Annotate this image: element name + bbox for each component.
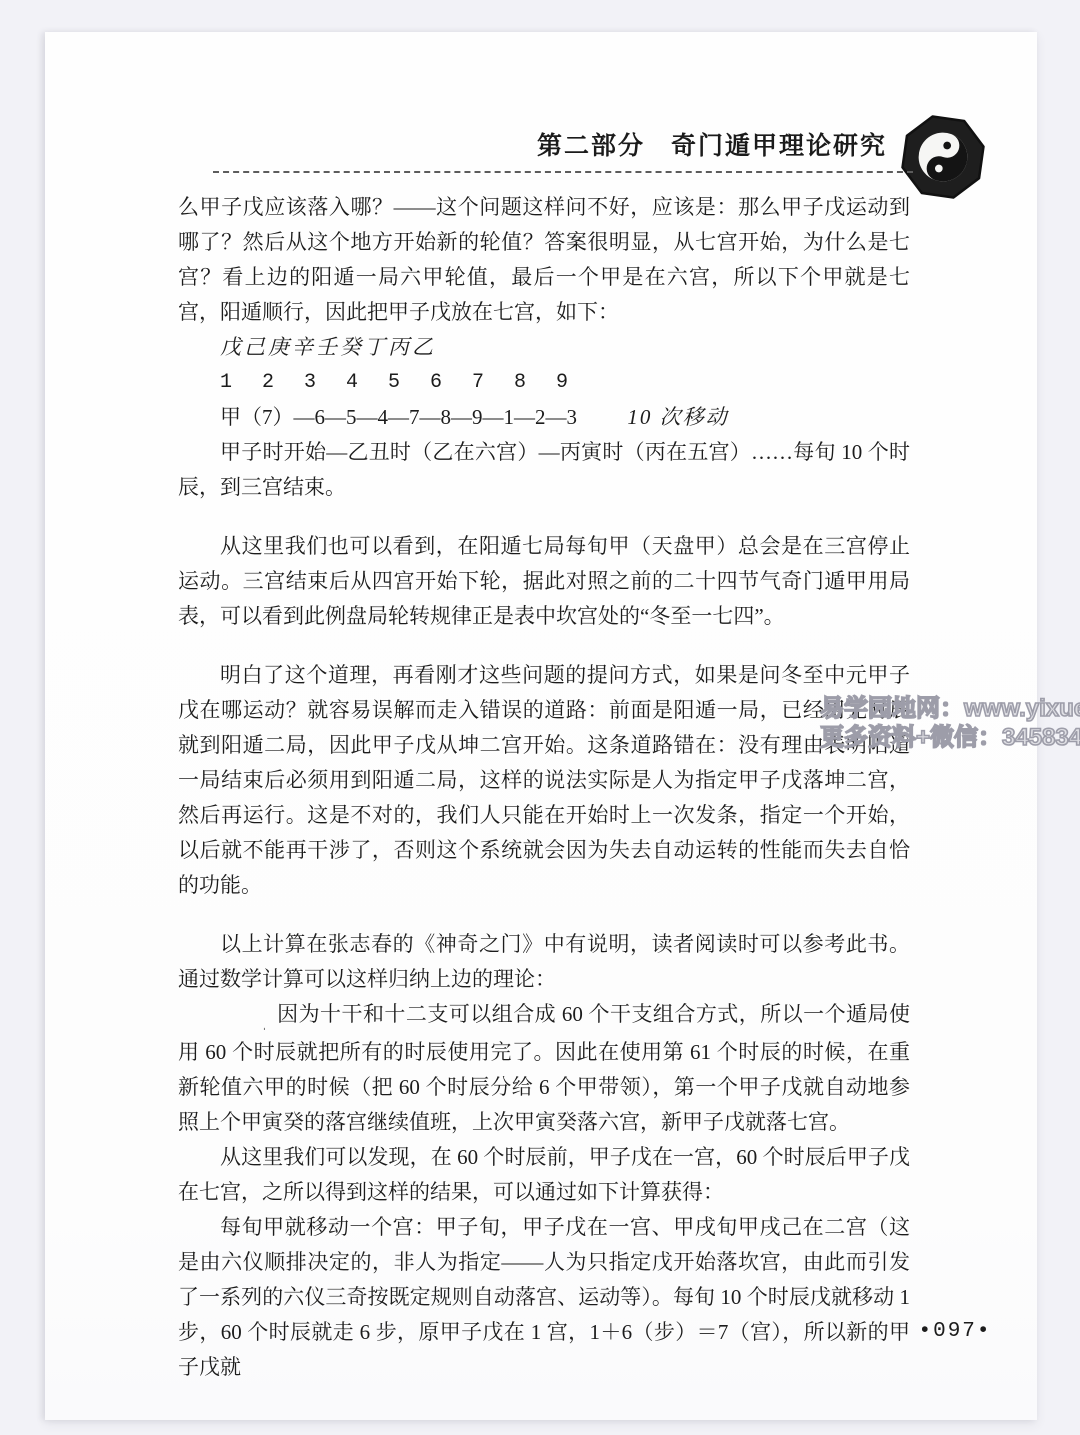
book-page: 第二部分奇门遁甲理论研究 么甲子戊应该落入哪？——这个问题这样问不好，应该是：那… [45, 32, 1037, 1420]
watermark-contact-line: 更多资料+微信：3458344044 [820, 723, 1080, 752]
palace-numbers-line: 1 2 3 4 5 6 7 8 9 [220, 365, 910, 400]
paragraph-text: 因为十干和十二支可以组合成 60 个干支组合方式，所以一个遁局使用 60 个时辰… [178, 1002, 910, 1134]
site-watermark: 易学园地网：www.yixue88.cn 更多资料+微信：3458344044 [820, 694, 1080, 752]
scan-background: 第二部分奇门遁甲理论研究 么甲子戊应该落入哪？——这个问题这样问不好，应该是：那… [0, 0, 1080, 1435]
chapter-heading: 第二部分奇门遁甲理论研究 [537, 126, 887, 188]
movement-note: 10 次移动 [627, 405, 728, 429]
stray-print-mark: ˌ [220, 1006, 267, 1041]
chapter-title: 奇门遁甲理论研究 [671, 133, 887, 160]
page-number: •097• [900, 1320, 1010, 1343]
paragraph: 每旬甲就移动一个宫：甲子旬，甲子戊在一宫、甲戌旬甲戌己在二宫（这是由六仪顺排决定… [178, 1210, 910, 1385]
header-divider [213, 171, 913, 173]
movement-line: 甲（7）—6—5—4—7—8—9—1—2—310 次移动 [220, 400, 910, 435]
body-text: 么甲子戊应该落入哪？——这个问题这样问不好，应该是：那么甲子戊运动到哪了？然后从… [178, 190, 910, 1385]
movement-sequence: 甲（7）—6—5—4—7—8—9—1—2—3 [220, 405, 577, 429]
paragraph: 明白了这个道理，再看刚才这些问题的提问方式，如果是问冬至中元甲子戊在哪运动？就容… [178, 658, 910, 903]
watermark-site-line: 易学园地网：www.yixue88.cn [820, 694, 1080, 723]
paragraph: 么甲子戊应该落入哪？——这个问题这样问不好，应该是：那么甲子戊运动到哪了？然后从… [178, 190, 910, 330]
section-label: 第二部分 [537, 133, 645, 160]
paragraph: 以上计算在张志春的《神奇之门》中有说明，读者阅读时可以参考此书。通过数学计算可以… [178, 927, 910, 997]
page-header: 第二部分奇门遁甲理论研究 [537, 115, 985, 199]
taiji-yinyang-icon [901, 115, 985, 199]
stems-sequence-block: 戊己庚辛壬癸丁丙乙 1 2 3 4 5 6 7 8 9 甲（7）—6—5—4—7… [220, 330, 910, 435]
paragraph: ˌ因为十干和十二支可以组合成 60 个干支组合方式，所以一个遁局使用 60 个时… [178, 997, 910, 1140]
paragraph: 甲子时开始—乙丑时（乙在六宫）—丙寅时（丙在五宫）……每旬 10 个时辰，到三宫… [178, 435, 910, 505]
stems-line: 戊己庚辛壬癸丁丙乙 [220, 330, 910, 365]
paragraph: 从这里我们可以发现，在 60 个时辰前，甲子戊在一宫，60 个时辰后甲子戊在七宫… [178, 1140, 910, 1210]
paragraph: 从这里我们也可以看到，在阳遁七局每旬甲（天盘甲）总会是在三宫停止运动。三宫结束后… [178, 529, 910, 634]
